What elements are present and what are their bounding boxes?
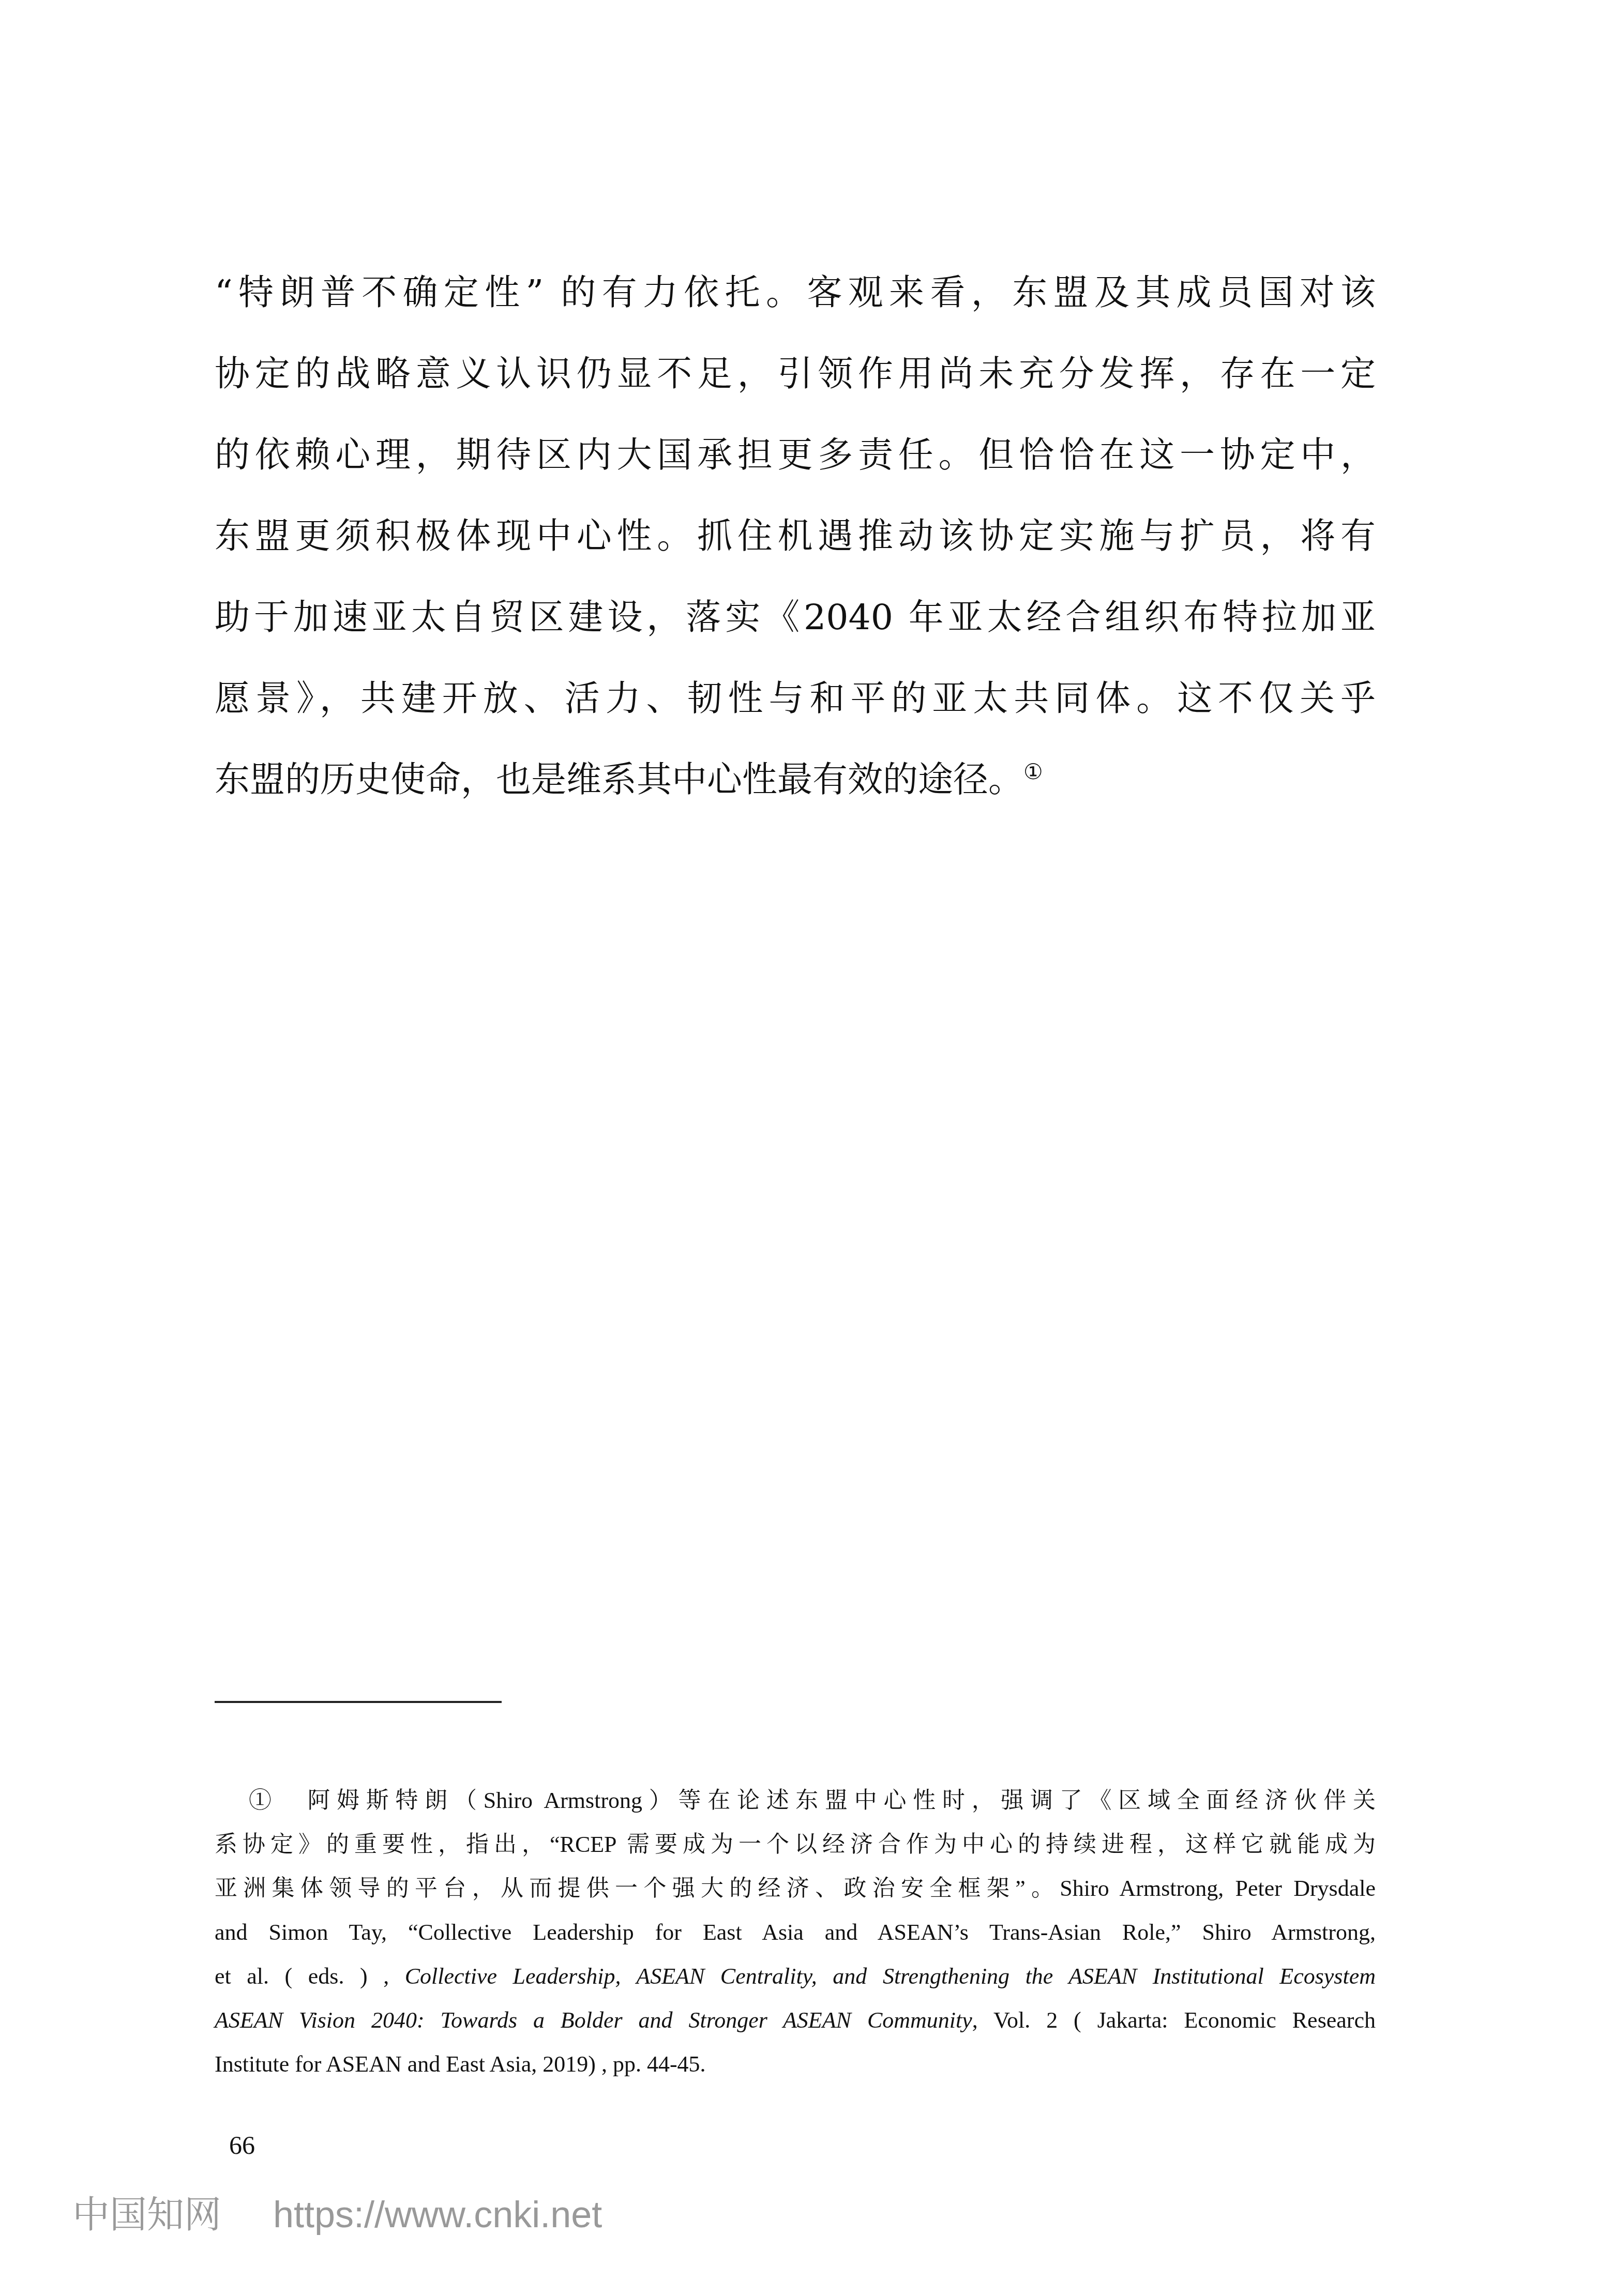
footnote-line-6: ASEAN Vision 2040: Towards a Bolder and … [215,1998,1376,2042]
footnote-line-2: 系协定》的重要性，指出，“RCEP 需要成为一个以经济合作为中心的持续进程，这样… [215,1822,1376,1866]
body-line-2: 协定的战略意义认识仍显不足，引领作用尚未充分发挥，存在一定 [215,333,1376,415]
footnote-divider [215,1701,502,1703]
footnote-line-4: and Simon Tay, “Collective Leadership fo… [215,1910,1376,1954]
footnote-book-title-part1: Collective Leadership, ASEAN Centrality,… [405,1964,1376,1989]
body-line-7: 东盟的历史使命，也是维系其中心性最有效的途径。① [215,739,1376,820]
body-line-7-text: 东盟的历史使命，也是维系其中心性最有效的途径。 [215,759,1023,800]
page-number: 66 [229,2130,255,2160]
body-paragraph: “特朗普不确定性” 的有力依托。客观来看，东盟及其成员国对该 协定的战略意义认识… [215,252,1376,820]
footnote-line-3: 亚洲集体领导的平台，从而提供一个强大的经济、政治安全框架”。Shiro Arms… [215,1866,1376,1910]
footnote-line-1: ① 阿姆斯特朗（Shiro Armstrong）等在论述东盟中心性时，强调了《区… [215,1778,1376,1822]
watermark-url[interactable]: https://www.cnki.net [273,2194,602,2236]
footnote-line-5-prefix: et al. ( eds. ) , [215,1964,405,1989]
body-line-6: 愿景》，共建开放、活力、韧性与和平的亚太共同体。这不仅关乎 [215,658,1376,739]
cnki-watermark: 中国知网https://www.cnki.net [72,2184,602,2238]
footnote-line-7: Institute for ASEAN and East Asia, 2019)… [215,2042,1376,2086]
footnote-book-title-part2: ASEAN Vision 2040: Towards a Bolder and … [215,2008,972,2033]
footnote: ① 阿姆斯特朗（Shiro Armstrong）等在论述东盟中心性时，强调了《区… [215,1778,1376,2086]
watermark-brand: 中国知网 [72,2193,221,2236]
document-page: “特朗普不确定性” 的有力依托。客观来看，东盟及其成员国对该 协定的战略意义认识… [0,0,1613,2296]
footnote-line-6-suffix: , Vol. 2 ( Jakarta: Economic Research [972,2008,1376,2033]
body-line-1: “特朗普不确定性” 的有力依托。客观来看，东盟及其成员国对该 [215,252,1376,333]
footnote-reference[interactable]: ① [1023,759,1043,784]
body-line-3: 的依赖心理，期待区内大国承担更多责任。但恰恰在这一协定中， [215,415,1376,496]
body-line-4: 东盟更须积极体现中心性。抓住机遇推动该协定实施与扩员，将有 [215,496,1376,577]
footnote-line-5: et al. ( eds. ) , Collective Leadership,… [215,1954,1376,1998]
body-line-5: 助于加速亚太自贸区建设，落实《2040 年亚太经合组织布特拉加亚 [215,577,1376,658]
